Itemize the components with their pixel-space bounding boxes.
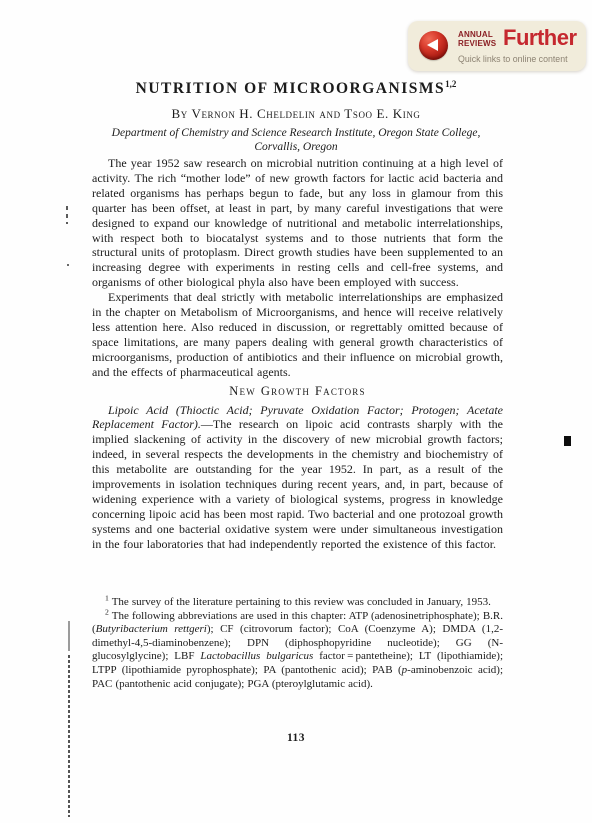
body-paragraph: Experiments that deal strictly with meta…	[92, 290, 503, 379]
affiliation: Department of Chemistry and Science Rese…	[0, 126, 592, 154]
annual-reviews-label: ANNUAL REVIEWS	[458, 31, 496, 48]
scan-artifact-black-mark	[564, 436, 571, 446]
further-arrow-icon[interactable]	[419, 31, 448, 60]
title-text: NUTRITION OF MICROORGANISMS	[136, 80, 445, 97]
footnote-paragraph: 1 The survey of the literature pertainin…	[92, 596, 503, 610]
section-heading: New Growth Factors	[92, 384, 503, 399]
article-header: NUTRITION OF MICROORGANISMS1,2 By Vernon…	[0, 80, 592, 154]
scan-artifact-margin-line-solid	[68, 621, 70, 651]
badge-tagline: Quick links to online content	[458, 54, 568, 64]
body-paragraph: Lipoic Acid (Thioctic Acid; Pyruvate Oxi…	[92, 403, 503, 552]
footnote-paragraph: 2 The following abbreviations are used i…	[92, 610, 503, 692]
scan-artifact-margin-dashes	[66, 206, 68, 224]
body-paragraph: The year 1952 saw research on microbial …	[92, 156, 503, 290]
annual-reviews-further-badge[interactable]: ANNUAL REVIEWS Further Quick links to on…	[408, 21, 586, 71]
affiliation-line-1: Department of Chemistry and Science Rese…	[0, 126, 592, 140]
affiliation-line-2: Corvallis, Oregon	[0, 140, 592, 154]
page-title: NUTRITION OF MICROORGANISMS1,2	[0, 80, 592, 98]
reviews-label: REVIEWS	[458, 40, 496, 49]
byline: By Vernon H. Cheldelin and Tsoo E. King	[0, 106, 592, 122]
scan-artifact-dot	[67, 264, 69, 266]
further-label: Further	[503, 25, 577, 51]
footnotes: 1 The survey of the literature pertainin…	[92, 596, 503, 691]
title-superscript: 1,2	[445, 79, 456, 89]
left-arrow-icon	[427, 39, 438, 51]
page-number: 113	[0, 732, 592, 744]
paper-page: ANNUAL REVIEWS Further Quick links to on…	[0, 0, 592, 823]
article-body: The year 1952 saw research on microbial …	[92, 156, 503, 552]
